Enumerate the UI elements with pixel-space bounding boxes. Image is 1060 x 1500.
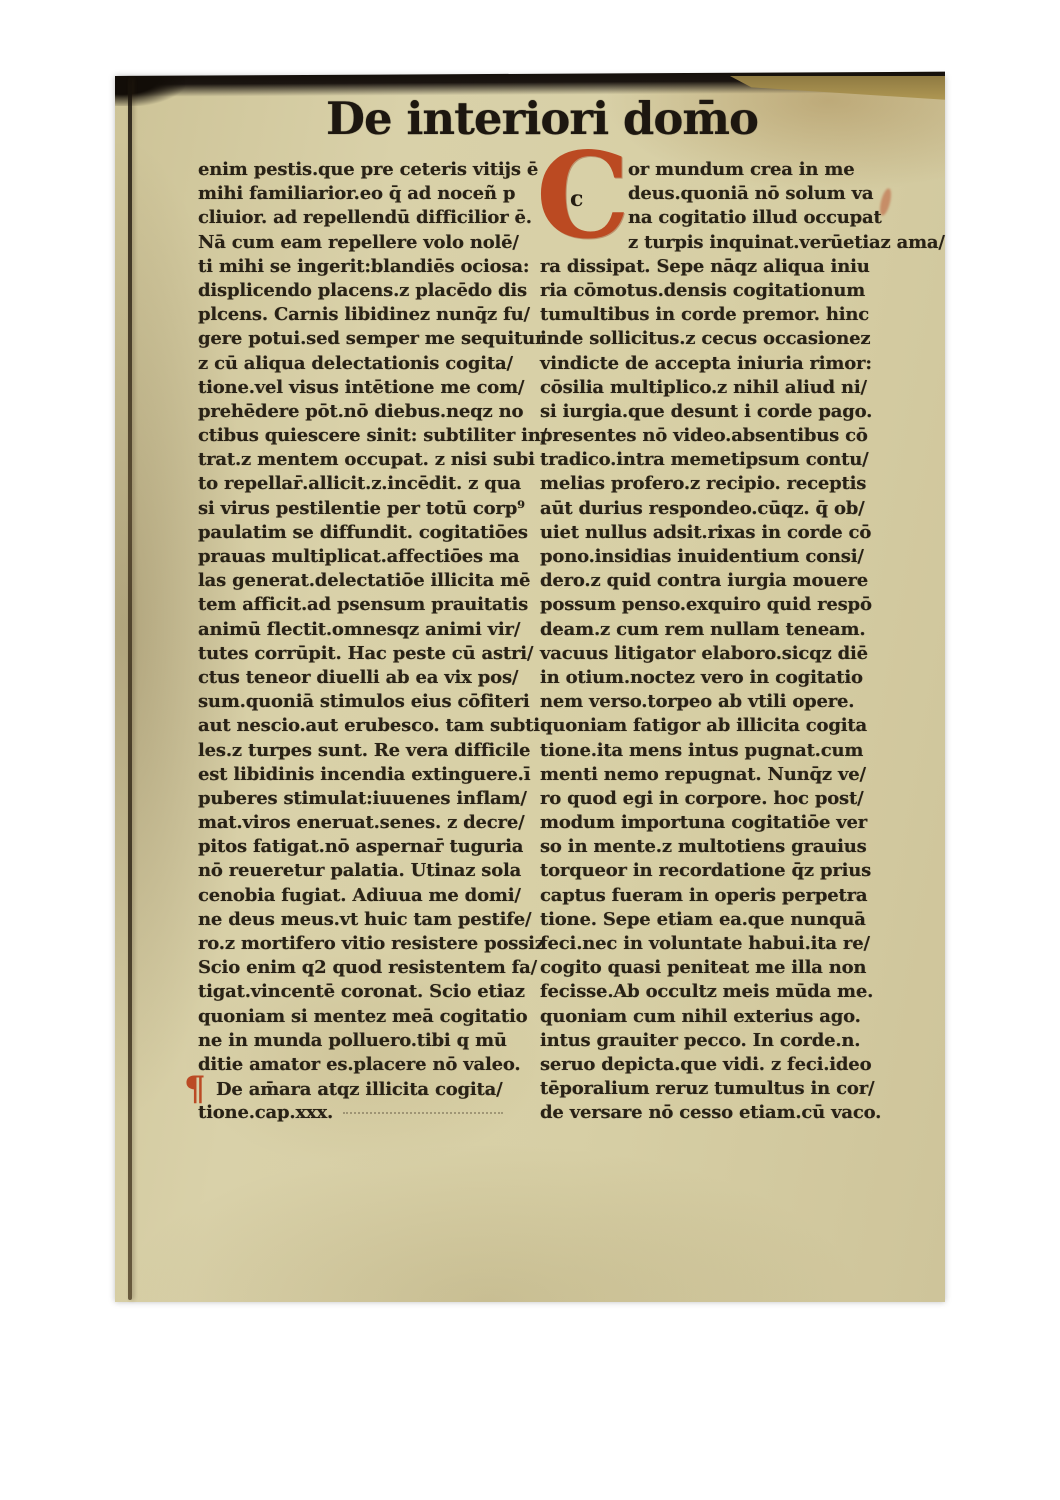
chapter-heading-line: tione.cap.xxx. (198, 1101, 525, 1125)
text-line: deam.z cum rem nullam teneam. (540, 618, 932, 642)
right-column-text: or mundum crea in medeus.quoniā nō solum… (540, 158, 932, 1126)
text-line: enim pestis.que pre ceteris vitijs ē (198, 158, 525, 182)
text-line: puberes stimulat:iuuenes inflam/ (198, 787, 525, 811)
text-line: melias profero.z recipio. receptis (540, 472, 932, 496)
text-line: displicendo placens.z placēdo dis (198, 279, 525, 303)
text-line: seruo depicta.que vidi. z feci.ideo (540, 1053, 932, 1077)
text-line: aut nescio.aut erubesco. tam subti (198, 714, 525, 738)
text-line: ctus teneor diuelli ab ea vix pos/ (198, 666, 525, 690)
pilcrow-mark: ¶ (184, 1077, 216, 1101)
text-line: plcens. Carnis libidinez nunq̄z fu/ (198, 303, 525, 327)
text-line: Nā cum eam repellere volo nolē/ (198, 231, 525, 255)
text-line: torqueor in recordatione q̄z prius (540, 859, 932, 883)
text-line: les.z turpes sunt. Re vera difficile (198, 739, 525, 763)
guide-letter: c (570, 186, 583, 212)
text-line: to repellar̄.allicit.z.incēdit. z qua (198, 472, 525, 496)
text-line: quoniam fatigor ab illicita cogita (540, 714, 932, 738)
text-line: ne deus meus.vt huic tam pestife/ (198, 908, 525, 932)
text-line: modum importuna cogitatiōe ver (540, 811, 932, 835)
text-line: mihi familiarior.eo q̄ ad noceñ p (198, 182, 525, 206)
chapter-heading-text: De am̄ara atqz illicita cogita/ (216, 1079, 503, 1100)
text-line: paulatim se diffundit. cogitatiōes (198, 521, 525, 545)
text-line: ro quod egi in corpore. hoc post/ (540, 787, 932, 811)
right-column: C c or mundum crea in medeus.quoniā nō s… (540, 158, 932, 1126)
text-line: prauas multiplicat.affectiōes ma (198, 545, 525, 569)
book-page: De interiori dom̄o enim pestis.que pre c… (115, 76, 945, 1302)
text-block: enim pestis.que pre ceteris vitijs ēmihi… (198, 158, 932, 1126)
text-line: inde sollicitus.z cecus occasionez (540, 327, 932, 351)
text-line: tem afficit.ad psensum prauitatis (198, 593, 525, 617)
text-line: nem verso.torpeo ab vtili opere. (540, 690, 932, 714)
text-line: animū flectit.omnesqz animi vir/ (198, 618, 525, 642)
text-line: in otium.noctez vero in cogitatio (540, 666, 932, 690)
text-line: feci.nec in voluntate habui.ita re/ (540, 932, 932, 956)
text-line: si virus pestilentie per totū corp⁹ (198, 497, 525, 521)
book-scan: De interiori dom̄o enim pestis.que pre c… (0, 0, 1060, 1500)
text-line: quoniam si mentez meā cogitatio (198, 1005, 525, 1029)
text-line: so in mente.z multotiens grauius (540, 835, 932, 859)
text-line: pitos fatigat.nō aspernar̄ tuguria (198, 835, 525, 859)
text-line: uiet nullus adsit.rixas in corde cō (540, 521, 932, 545)
text-line: tutes corrūpit. Hac peste cū astri/ (198, 642, 525, 666)
text-line: pono.insidias inuidentium consi/ (540, 545, 932, 569)
text-line: tumultibus in corde premor. hinc (540, 303, 932, 327)
text-line: tigat.vincentē coronat. Scio etiaz (198, 980, 525, 1004)
text-line: cliuior. ad repellendū difficilior ē. (198, 206, 525, 230)
text-line: tēporalium reruz tumultus in cor/ (540, 1077, 932, 1101)
text-line: ria cōmotus.densis cogitationum (540, 279, 932, 303)
text-line: las generat.delectatiōe illicita mē (198, 569, 525, 593)
text-line: intus grauiter pecco. In corde.n. (540, 1029, 932, 1053)
text-line: tradico.intra memetipsum contu/ (540, 448, 932, 472)
chapter-heading: ¶De am̄ara atqz illicita cogita/ tione.c… (198, 1077, 525, 1125)
text-line: possum penso.exquiro quid respō (540, 593, 932, 617)
text-line: nō reueretur palatia. Utinaz sola (198, 859, 525, 883)
text-line: ro.z mortifero vitio resistere possiz (198, 932, 525, 956)
text-line: dero.z quid contra iurgia mouere (540, 569, 932, 593)
text-line: prehēdere pōt.nō diebus.neqz no (198, 400, 525, 424)
text-line: fecisse.Ab occultz meis mūda me. (540, 980, 932, 1004)
text-line: mat.viros eneruat.senes. z decre/ (198, 811, 525, 835)
text-line: z cū aliqua delectationis cogita/ (198, 352, 525, 376)
text-line: gere potui.sed semper me sequitur (198, 327, 525, 351)
text-line: tione.vel visus intētione me com/ (198, 376, 525, 400)
page-top-left-shadow (115, 76, 185, 106)
running-title: De interiori dom̄o (115, 92, 945, 145)
text-line: aūt durius respondeo.cūqz. q̄ ob/ (540, 497, 932, 521)
text-line: ctibus quiescere sinit: subtiliter in/ (198, 424, 525, 448)
text-line: cogito quasi peniteat me illa non (540, 956, 932, 980)
text-line: de versare nō cesso etiam.cū vaco. (540, 1101, 932, 1125)
text-line: presentes nō video.absentibus cō (540, 424, 932, 448)
text-line: ti mihi se ingerit:blandiēs ociosa: (198, 255, 525, 279)
text-line: menti nemo repugnat. Nunq̄z ve/ (540, 763, 932, 787)
text-line: tione.ita mens intus pugnat.cum (540, 739, 932, 763)
text-line: trat.z mentem occupat. z nisi subi (198, 448, 525, 472)
text-line: cenobia fugiat. Adiuua me domi/ (198, 884, 525, 908)
text-line: cōsilia multiplico.z nihil aliud ni/ (540, 376, 932, 400)
text-line: captus fueram in operis perpetra (540, 884, 932, 908)
text-line: quoniam cum nihil exterius ago. (540, 1005, 932, 1029)
chapter-heading-line: ¶De am̄ara atqz illicita cogita/ (198, 1077, 525, 1101)
text-line: si iurgia.que desunt i corde pago. (540, 400, 932, 424)
text-line: tione. Sepe etiam ea.que nunquā (540, 908, 932, 932)
text-line: ditie amator es.placere nō valeo. (198, 1053, 525, 1077)
text-line: ne in munda polluero.tibi q mū (198, 1029, 525, 1053)
dropcap-initial: C c (540, 158, 628, 232)
text-line: sum.quoniā stimulos eius cōfiteri (198, 690, 525, 714)
text-line: est libidinis incendia extinguere.ī (198, 763, 525, 787)
page-left-edge (128, 78, 132, 1300)
text-line: Scio enim q2 quod resistentem fa/ (198, 956, 525, 980)
left-column: enim pestis.que pre ceteris vitijs ēmihi… (198, 158, 525, 1126)
left-column-text: enim pestis.que pre ceteris vitijs ēmihi… (198, 158, 525, 1077)
text-line: vacuus litigator elaboro.sicqz diē (540, 642, 932, 666)
text-line: vindicte de accepta iniuria rimor: (540, 352, 932, 376)
